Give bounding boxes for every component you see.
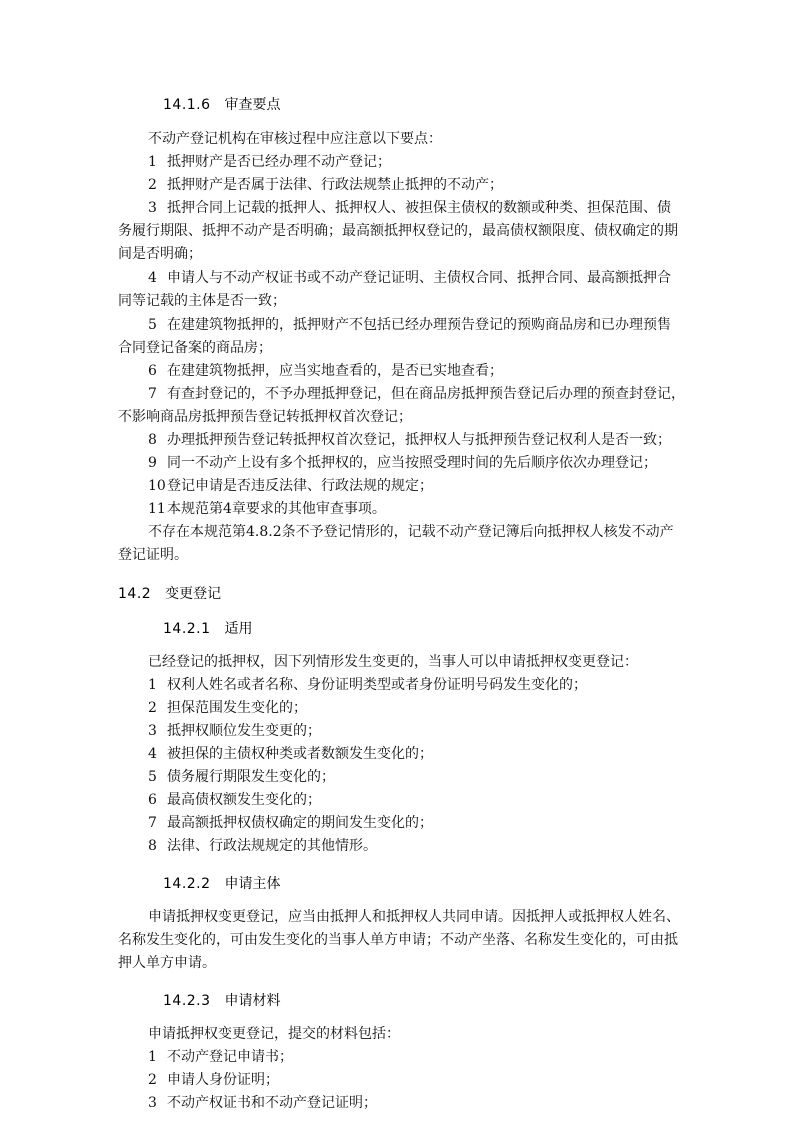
item-number: 3	[148, 1094, 167, 1112]
item-text: 有查封登记的，不予办理抵押登记，但在商品房抵押预告登记后办理的预查封登记，	[167, 386, 685, 402]
item-text: 抵押合同上记载的抵押人、抵押权人、被担保主债权的数额或种类、担保范围、债	[167, 200, 671, 216]
applicability-item-4: 4被担保的主债权种类或者数额发生变化的；	[148, 745, 433, 763]
applicability-item-1: 1权利人姓名或者名称、身份证明类型或者身份证明号码发生变化的；	[148, 676, 587, 694]
item-number: 3	[148, 722, 167, 740]
review-item-3: 3抵押合同上记载的抵押人、抵押权人、被担保主债权的数额或种类、担保范围、债	[148, 199, 671, 217]
item-text: 担保范围发生变化的；	[167, 700, 307, 716]
item-text: 本规范第4章要求的其他审查事项。	[167, 501, 386, 517]
item-number: 6	[148, 362, 167, 380]
item-text: 最高额抵押权债权确定的期间发生变化的；	[167, 815, 433, 831]
item-number: 4	[148, 269, 167, 287]
item-text: 最高债权额发生变化的；	[167, 792, 321, 808]
section-title: 申请主体	[225, 876, 281, 892]
item-text: 抵押权顺位发生变更的；	[167, 723, 321, 739]
review-item-10: 10登记申请是否违反法律、行政法规的规定；	[148, 477, 433, 495]
review-item-11: 11本规范第4章要求的其他审查事项。	[148, 500, 386, 518]
item-number: 5	[148, 768, 167, 786]
materials-item-3: 3不动产权证书和不动产登记证明；	[148, 1094, 377, 1112]
item-number: 2	[148, 176, 167, 194]
section-heading-14-2: 14.2变更登记	[118, 583, 221, 603]
applicability-item-7: 7最高额抵押权债权确定的期间发生变化的；	[148, 814, 433, 832]
item-number: 9	[148, 454, 167, 472]
item-text: 不动产权证书和不动产登记证明；	[167, 1095, 377, 1111]
applicability-intro: 已经登记的抵押权，因下列情形发生变更的，当事人可以申请抵押权变更登记：	[148, 653, 638, 671]
section-number: 14.2.1	[163, 621, 211, 637]
section-title: 申请材料	[225, 993, 281, 1009]
section-title: 变更登记	[165, 586, 221, 602]
item-number: 1	[148, 676, 167, 694]
applicant-paragraph-line-2: 名称发生变化的，可由发生变化的当事人单方申请；不动产坐落、名称发生变化的，可由抵	[118, 931, 678, 949]
item-text: 在建建筑物抵押，应当实地查看的，是否已实地查看；	[167, 363, 503, 379]
item-number: 2	[148, 699, 167, 717]
review-item-6: 6在建建筑物抵押，应当实地查看的，是否已实地查看；	[148, 362, 503, 380]
review-item-5-cont: 合同登记备案的商品房；	[118, 339, 272, 357]
materials-item-2: 2申请人身份证明；	[148, 1071, 279, 1089]
review-item-4-cont: 同等记载的主体是否一致；	[118, 292, 286, 310]
review-item-4: 4申请人与不动产权证书或不动产登记证明、主债权合同、抵押合同、最高额抵押合	[148, 269, 671, 287]
review-item-5: 5在建建筑物抵押的，抵押财产不包括已经办理预告登记的预购商品房和已办理预售	[148, 316, 671, 334]
item-number: 3	[148, 199, 167, 217]
item-number: 8	[148, 431, 167, 449]
item-number: 7	[148, 814, 167, 832]
item-text: 申请人与不动产权证书或不动产登记证明、主债权合同、抵押合同、最高额抵押合	[167, 270, 671, 286]
item-text: 登记申请是否违反法律、行政法规的规定；	[167, 478, 433, 494]
item-text: 抵押财产是否已经办理不动产登记；	[167, 154, 391, 170]
applicability-item-6: 6最高债权额发生变化的；	[148, 791, 321, 809]
item-number: 5	[148, 316, 167, 334]
section-heading-14-2-2: 14.2.2申请主体	[163, 873, 281, 893]
item-number: 8	[148, 837, 167, 855]
review-closing-cont: 登记证明。	[118, 546, 188, 564]
applicability-item-2: 2担保范围发生变化的；	[148, 699, 307, 717]
review-item-1: 1抵押财产是否已经办理不动产登记；	[148, 153, 391, 171]
section-number: 14.1.6	[163, 97, 211, 113]
applicant-paragraph-line-3: 押人单方申请。	[118, 954, 216, 972]
item-text: 在建建筑物抵押的，抵押财产不包括已经办理预告登记的预购商品房和已办理预售	[167, 317, 671, 333]
review-item-7: 7有查封登记的，不予办理抵押登记，但在商品房抵押预告登记后办理的预查封登记，	[148, 385, 685, 403]
applicability-item-5: 5债务履行期限发生变化的；	[148, 768, 335, 786]
section-number: 14.2.2	[163, 876, 211, 892]
section-heading-14-1-6: 14.1.6审查要点	[163, 94, 281, 114]
item-number: 4	[148, 745, 167, 763]
item-number: 1	[148, 1048, 167, 1066]
review-intro: 不动产登记机构在审核过程中应注意以下要点：	[148, 130, 442, 148]
review-item-9: 9同一不动产上设有多个抵押权的，应当按照受理时间的先后顺序依次办理登记；	[148, 454, 657, 472]
review-item-7-cont: 不影响商品房抵押预告登记转抵押权首次登记；	[118, 408, 412, 426]
document-page: 14.1.6审查要点 不动产登记机构在审核过程中应注意以下要点： 1抵押财产是否…	[0, 0, 793, 1122]
applicability-item-3: 3抵押权顺位发生变更的；	[148, 722, 321, 740]
section-title: 适用	[225, 621, 253, 637]
item-text: 抵押财产是否属于法律、行政法规禁止抵押的不动产；	[167, 177, 503, 193]
item-text: 被担保的主债权种类或者数额发生变化的；	[167, 746, 433, 762]
materials-item-1: 1不动产登记申请书；	[148, 1048, 293, 1066]
item-text: 法律、行政法规规定的其他情形。	[167, 838, 377, 854]
materials-intro: 申请抵押权变更登记，提交的材料包括：	[148, 1025, 400, 1043]
section-number: 14.2	[118, 586, 151, 602]
review-item-3-cont: 务履行期限、抵押不动产是否明确；最高额抵押权登记的，最高债权额限度、债权确定的期	[118, 222, 678, 240]
item-text: 同一不动产上设有多个抵押权的，应当按照受理时间的先后顺序依次办理登记；	[167, 455, 657, 471]
item-number: 10	[148, 477, 167, 495]
item-number: 6	[148, 791, 167, 809]
section-title: 审查要点	[225, 97, 281, 113]
section-heading-14-2-3: 14.2.3申请材料	[163, 990, 281, 1010]
review-item-3-cont2: 间是否明确；	[118, 245, 202, 263]
section-heading-14-2-1: 14.2.1适用	[163, 618, 253, 638]
item-text: 不动产登记申请书；	[167, 1049, 293, 1065]
item-text: 债务履行期限发生变化的；	[167, 769, 335, 785]
item-text: 权利人姓名或者名称、身份证明类型或者身份证明号码发生变化的；	[167, 677, 587, 693]
applicability-item-8: 8法律、行政法规规定的其他情形。	[148, 837, 377, 855]
applicant-paragraph-line-1: 申请抵押权变更登记，应当由抵押人和抵押权人共同申请。因抵押人或抵押权人姓名、	[148, 908, 680, 926]
item-text: 办理抵押预告登记转抵押权首次登记，抵押权人与抵押预告登记权利人是否一致；	[167, 432, 671, 448]
review-closing: 不存在本规范第4.8.2条不予登记情形的，记载不动产登记簿后向抵押权人核发不动产	[148, 523, 674, 541]
item-number: 7	[148, 385, 167, 403]
item-text: 申请人身份证明；	[167, 1072, 279, 1088]
review-item-8: 8办理抵押预告登记转抵押权首次登记，抵押权人与抵押预告登记权利人是否一致；	[148, 431, 671, 449]
item-number: 11	[148, 500, 167, 518]
section-number: 14.2.3	[163, 993, 211, 1009]
review-item-2: 2抵押财产是否属于法律、行政法规禁止抵押的不动产；	[148, 176, 503, 194]
item-number: 2	[148, 1071, 167, 1089]
item-number: 1	[148, 153, 167, 171]
